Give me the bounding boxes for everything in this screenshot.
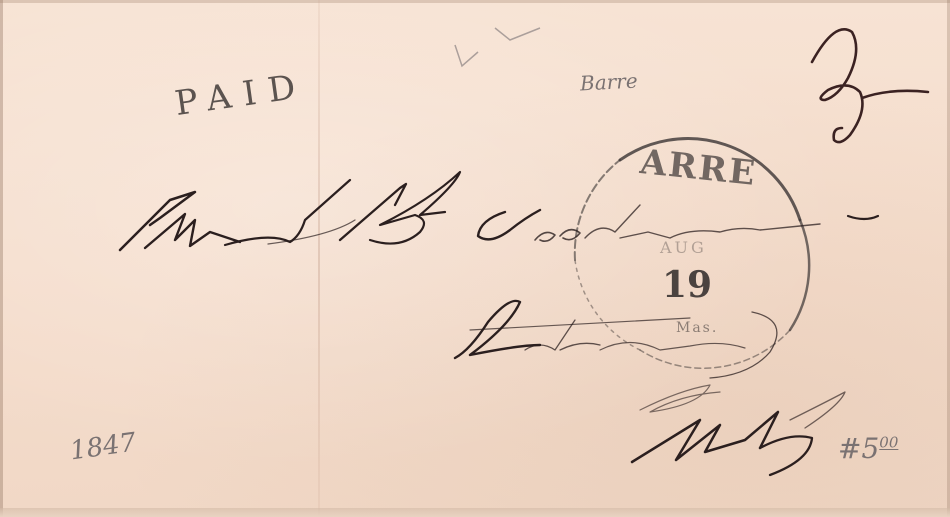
ink-layer xyxy=(0,0,950,517)
postmark-state: Mas. xyxy=(676,320,718,336)
letter-cover: PAID Barre 1847 #500 xyxy=(0,0,950,517)
pencil-scribble xyxy=(455,28,540,66)
postmark-day: 19 xyxy=(662,264,712,306)
address-line-1-script xyxy=(120,172,460,250)
address-line-3-script xyxy=(632,385,845,475)
postmark-month: AUG xyxy=(660,238,707,257)
address-line-1b-script xyxy=(478,205,878,241)
rate-mark-script xyxy=(812,29,928,142)
address-line-2-script xyxy=(455,301,777,378)
